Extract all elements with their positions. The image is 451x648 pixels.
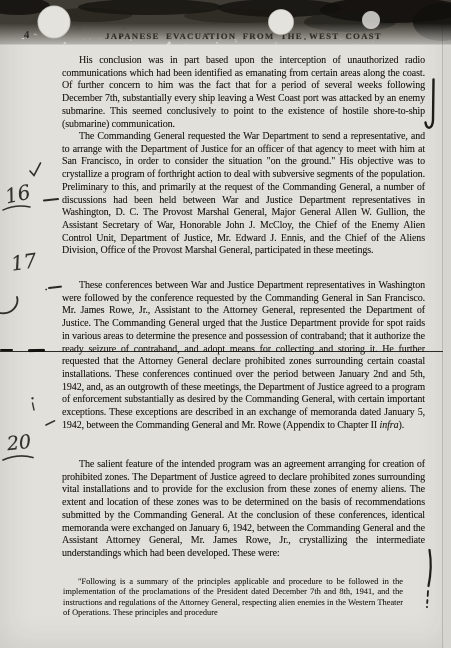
scan-right-strip	[444, 0, 451, 648]
pen-dash-paragraph-3	[45, 283, 63, 292]
pen-bracket-right-margin	[422, 78, 439, 140]
margin-note-17: 17	[10, 250, 38, 273]
paragraph-3-infra-italic: infra	[380, 420, 399, 431]
paragraph-1: His conclusion was in part based upon th…	[62, 55, 425, 131]
pen-curve-left-margin	[0, 295, 21, 320]
pen-tick-mark	[28, 396, 38, 412]
punch-hole-right-faint	[362, 11, 380, 29]
check-mark-annotation	[28, 161, 43, 178]
paragraph-3-tail: ).	[398, 420, 404, 431]
margin-note-16-underline	[2, 203, 32, 212]
margin-note-20: 20	[6, 433, 32, 454]
pen-small-dash	[45, 419, 56, 427]
paragraph-3-text: These conferences between War and Justic…	[62, 280, 425, 431]
pen-dash-primarily	[43, 196, 60, 204]
page-edge-line	[442, 26, 443, 648]
punch-hole-center	[269, 10, 294, 35]
pen-strike-lead-dash	[0, 349, 13, 351]
paragraph-4: The salient feature of the intended prog…	[62, 459, 425, 561]
paragraph-2: The Commanding General requested the War…	[62, 131, 425, 258]
margin-note-20-underline	[2, 453, 35, 464]
pen-strike-line	[0, 351, 443, 352]
pen-strike-dash	[28, 349, 45, 353]
scanned-document-page: 4 JAPANESE EVACUATION FROM THE WEST COAS…	[0, 0, 451, 648]
pen-stroke-right-margin	[421, 548, 438, 610]
block-quote: "Following is a summary of the principle…	[63, 577, 403, 619]
punch-hole-left	[38, 6, 70, 38]
scan-noise-band	[0, 0, 451, 52]
paragraph-3: These conferences between War and Justic…	[62, 280, 425, 432]
